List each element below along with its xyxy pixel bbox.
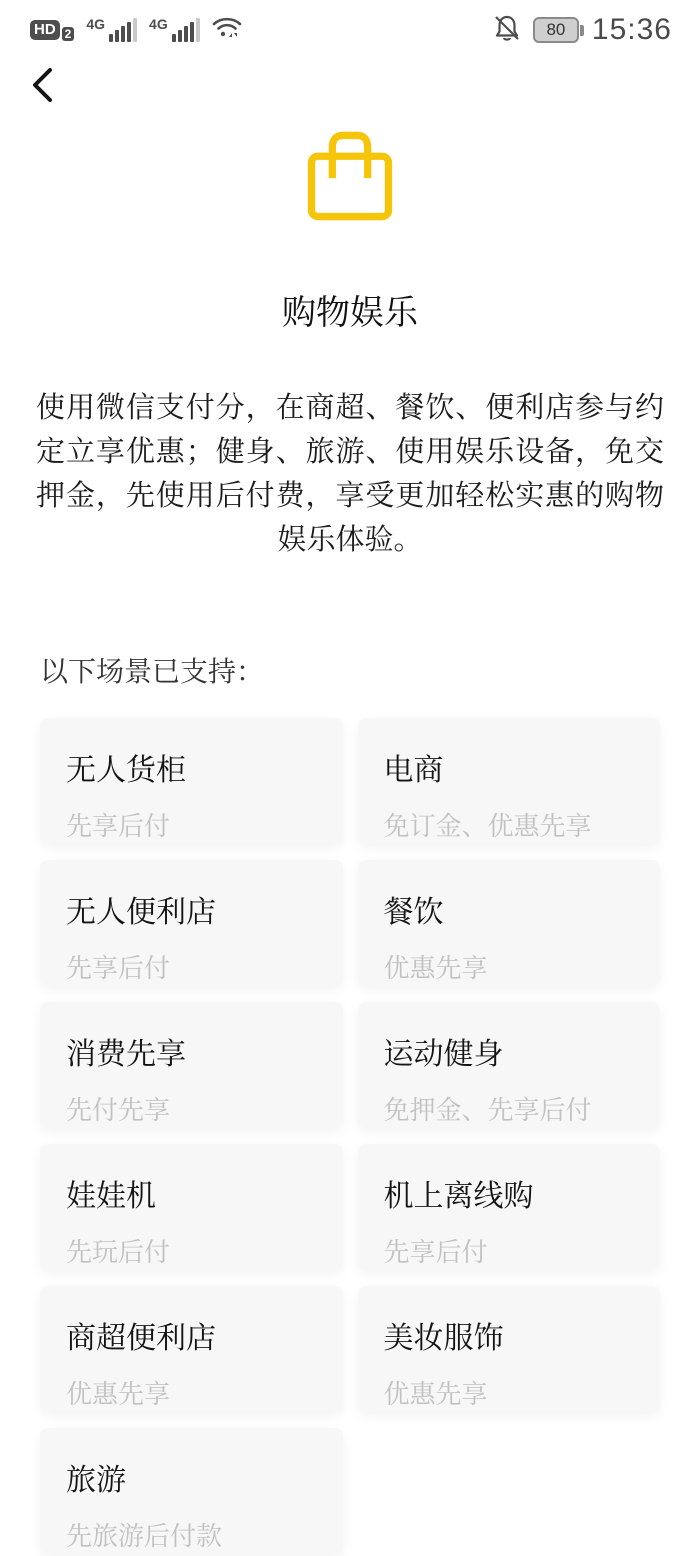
scene-title: 无人货柜 bbox=[66, 745, 319, 789]
signal-sim2: 4G bbox=[149, 18, 200, 42]
scene-subtitle: 先享后付 bbox=[66, 948, 319, 985]
scene-subtitle: 先旅游后付款 bbox=[66, 1516, 319, 1553]
nav-bar bbox=[0, 52, 700, 116]
battery-icon: 80 bbox=[533, 17, 584, 43]
scene-subtitle: 先玩后付 bbox=[66, 1232, 319, 1269]
scene-title: 消费先享 bbox=[66, 1029, 319, 1073]
back-chevron-icon bbox=[28, 65, 56, 105]
scene-card-consume-first[interactable]: 消费先享 先付先享 bbox=[40, 1002, 343, 1128]
sim2-badge-icon: 2 bbox=[62, 27, 75, 41]
status-bar: HD 2 4G 4G bbox=[0, 0, 700, 52]
scene-subtitle: 免押金、先享后付 bbox=[384, 1090, 637, 1127]
scene-subtitle: 优惠先享 bbox=[66, 1374, 319, 1411]
scene-subtitle: 先享后付 bbox=[66, 806, 319, 843]
hero-section: 购物娱乐 使用微信支付分，在商超、餐饮、便利店参与约定立享优惠；健身、旅游、使用… bbox=[0, 124, 700, 562]
scene-grid: 无人货柜 先享后付 电商 免订金、优惠先享 无人便利店 先享后付 餐饮 优惠先享… bbox=[40, 718, 660, 1554]
network-type-label: 4G bbox=[86, 18, 105, 30]
network-type-label: 4G bbox=[149, 18, 168, 30]
signal-bars-icon bbox=[107, 18, 137, 42]
scene-card-travel[interactable]: 旅游 先旅游后付款 bbox=[40, 1428, 343, 1554]
scene-card-beauty-fashion[interactable]: 美妆服饰 优惠先享 bbox=[358, 1286, 661, 1412]
scene-card-dining[interactable]: 餐饮 优惠先享 bbox=[358, 860, 661, 986]
scene-title: 娃娃机 bbox=[66, 1171, 319, 1215]
scene-card-supermarket[interactable]: 商超便利店 优惠先享 bbox=[40, 1286, 343, 1412]
scene-title: 无人便利店 bbox=[66, 887, 319, 931]
mute-bell-icon bbox=[493, 13, 521, 48]
scene-title: 电商 bbox=[384, 745, 637, 789]
page-description: 使用微信支付分，在商超、餐饮、便利店参与约定立享优惠；健身、旅游、使用娱乐设备，… bbox=[36, 386, 664, 562]
hd-volte-icon: HD bbox=[30, 20, 60, 40]
scene-subtitle: 先付先享 bbox=[66, 1090, 319, 1127]
scene-card-claw-machine[interactable]: 娃娃机 先玩后付 bbox=[40, 1144, 343, 1270]
wifi-icon bbox=[212, 15, 242, 46]
battery-level: 80 bbox=[546, 20, 565, 40]
scene-title: 餐饮 bbox=[384, 887, 637, 931]
scene-title: 运动健身 bbox=[384, 1029, 637, 1073]
scene-card-unmanned-shelf[interactable]: 无人货柜 先享后付 bbox=[40, 718, 343, 844]
clock-time: 15:36 bbox=[592, 13, 672, 47]
scene-subtitle: 免订金、优惠先享 bbox=[384, 806, 637, 843]
scene-title: 旅游 bbox=[66, 1455, 319, 1499]
scene-card-fitness[interactable]: 运动健身 免押金、先享后付 bbox=[358, 1002, 661, 1128]
scene-card-inflight-shopping[interactable]: 机上离线购 先享后付 bbox=[358, 1144, 661, 1270]
supported-scenes-label: 以下场景已支持： bbox=[40, 650, 700, 690]
page-title: 购物娱乐 bbox=[0, 285, 700, 334]
scene-subtitle: 优惠先享 bbox=[384, 1374, 637, 1411]
back-button[interactable] bbox=[28, 65, 56, 110]
scene-title: 商超便利店 bbox=[66, 1313, 319, 1357]
scene-subtitle: 先享后付 bbox=[384, 1232, 637, 1269]
scene-title: 机上离线购 bbox=[384, 1171, 637, 1215]
scene-card-ecommerce[interactable]: 电商 免订金、优惠先享 bbox=[358, 718, 661, 844]
scene-subtitle: 优惠先享 bbox=[384, 948, 637, 985]
scene-card-unmanned-store[interactable]: 无人便利店 先享后付 bbox=[40, 860, 343, 986]
signal-bars-icon bbox=[170, 18, 200, 42]
shopping-bag-icon bbox=[300, 124, 400, 233]
signal-sim1: 4G bbox=[86, 18, 137, 42]
scene-title: 美妆服饰 bbox=[384, 1313, 637, 1357]
